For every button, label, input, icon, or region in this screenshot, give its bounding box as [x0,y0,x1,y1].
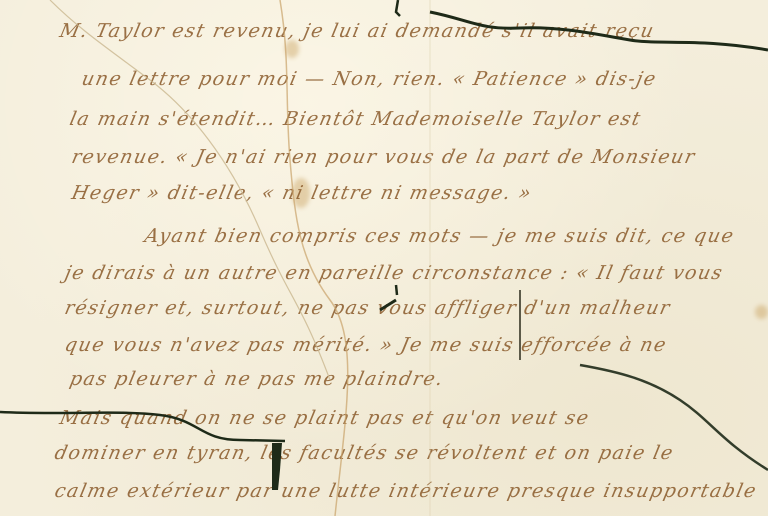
manuscript-page: M. Taylor est revenu, je lui ai demandé … [0,0,768,516]
paper-tears [0,0,768,516]
